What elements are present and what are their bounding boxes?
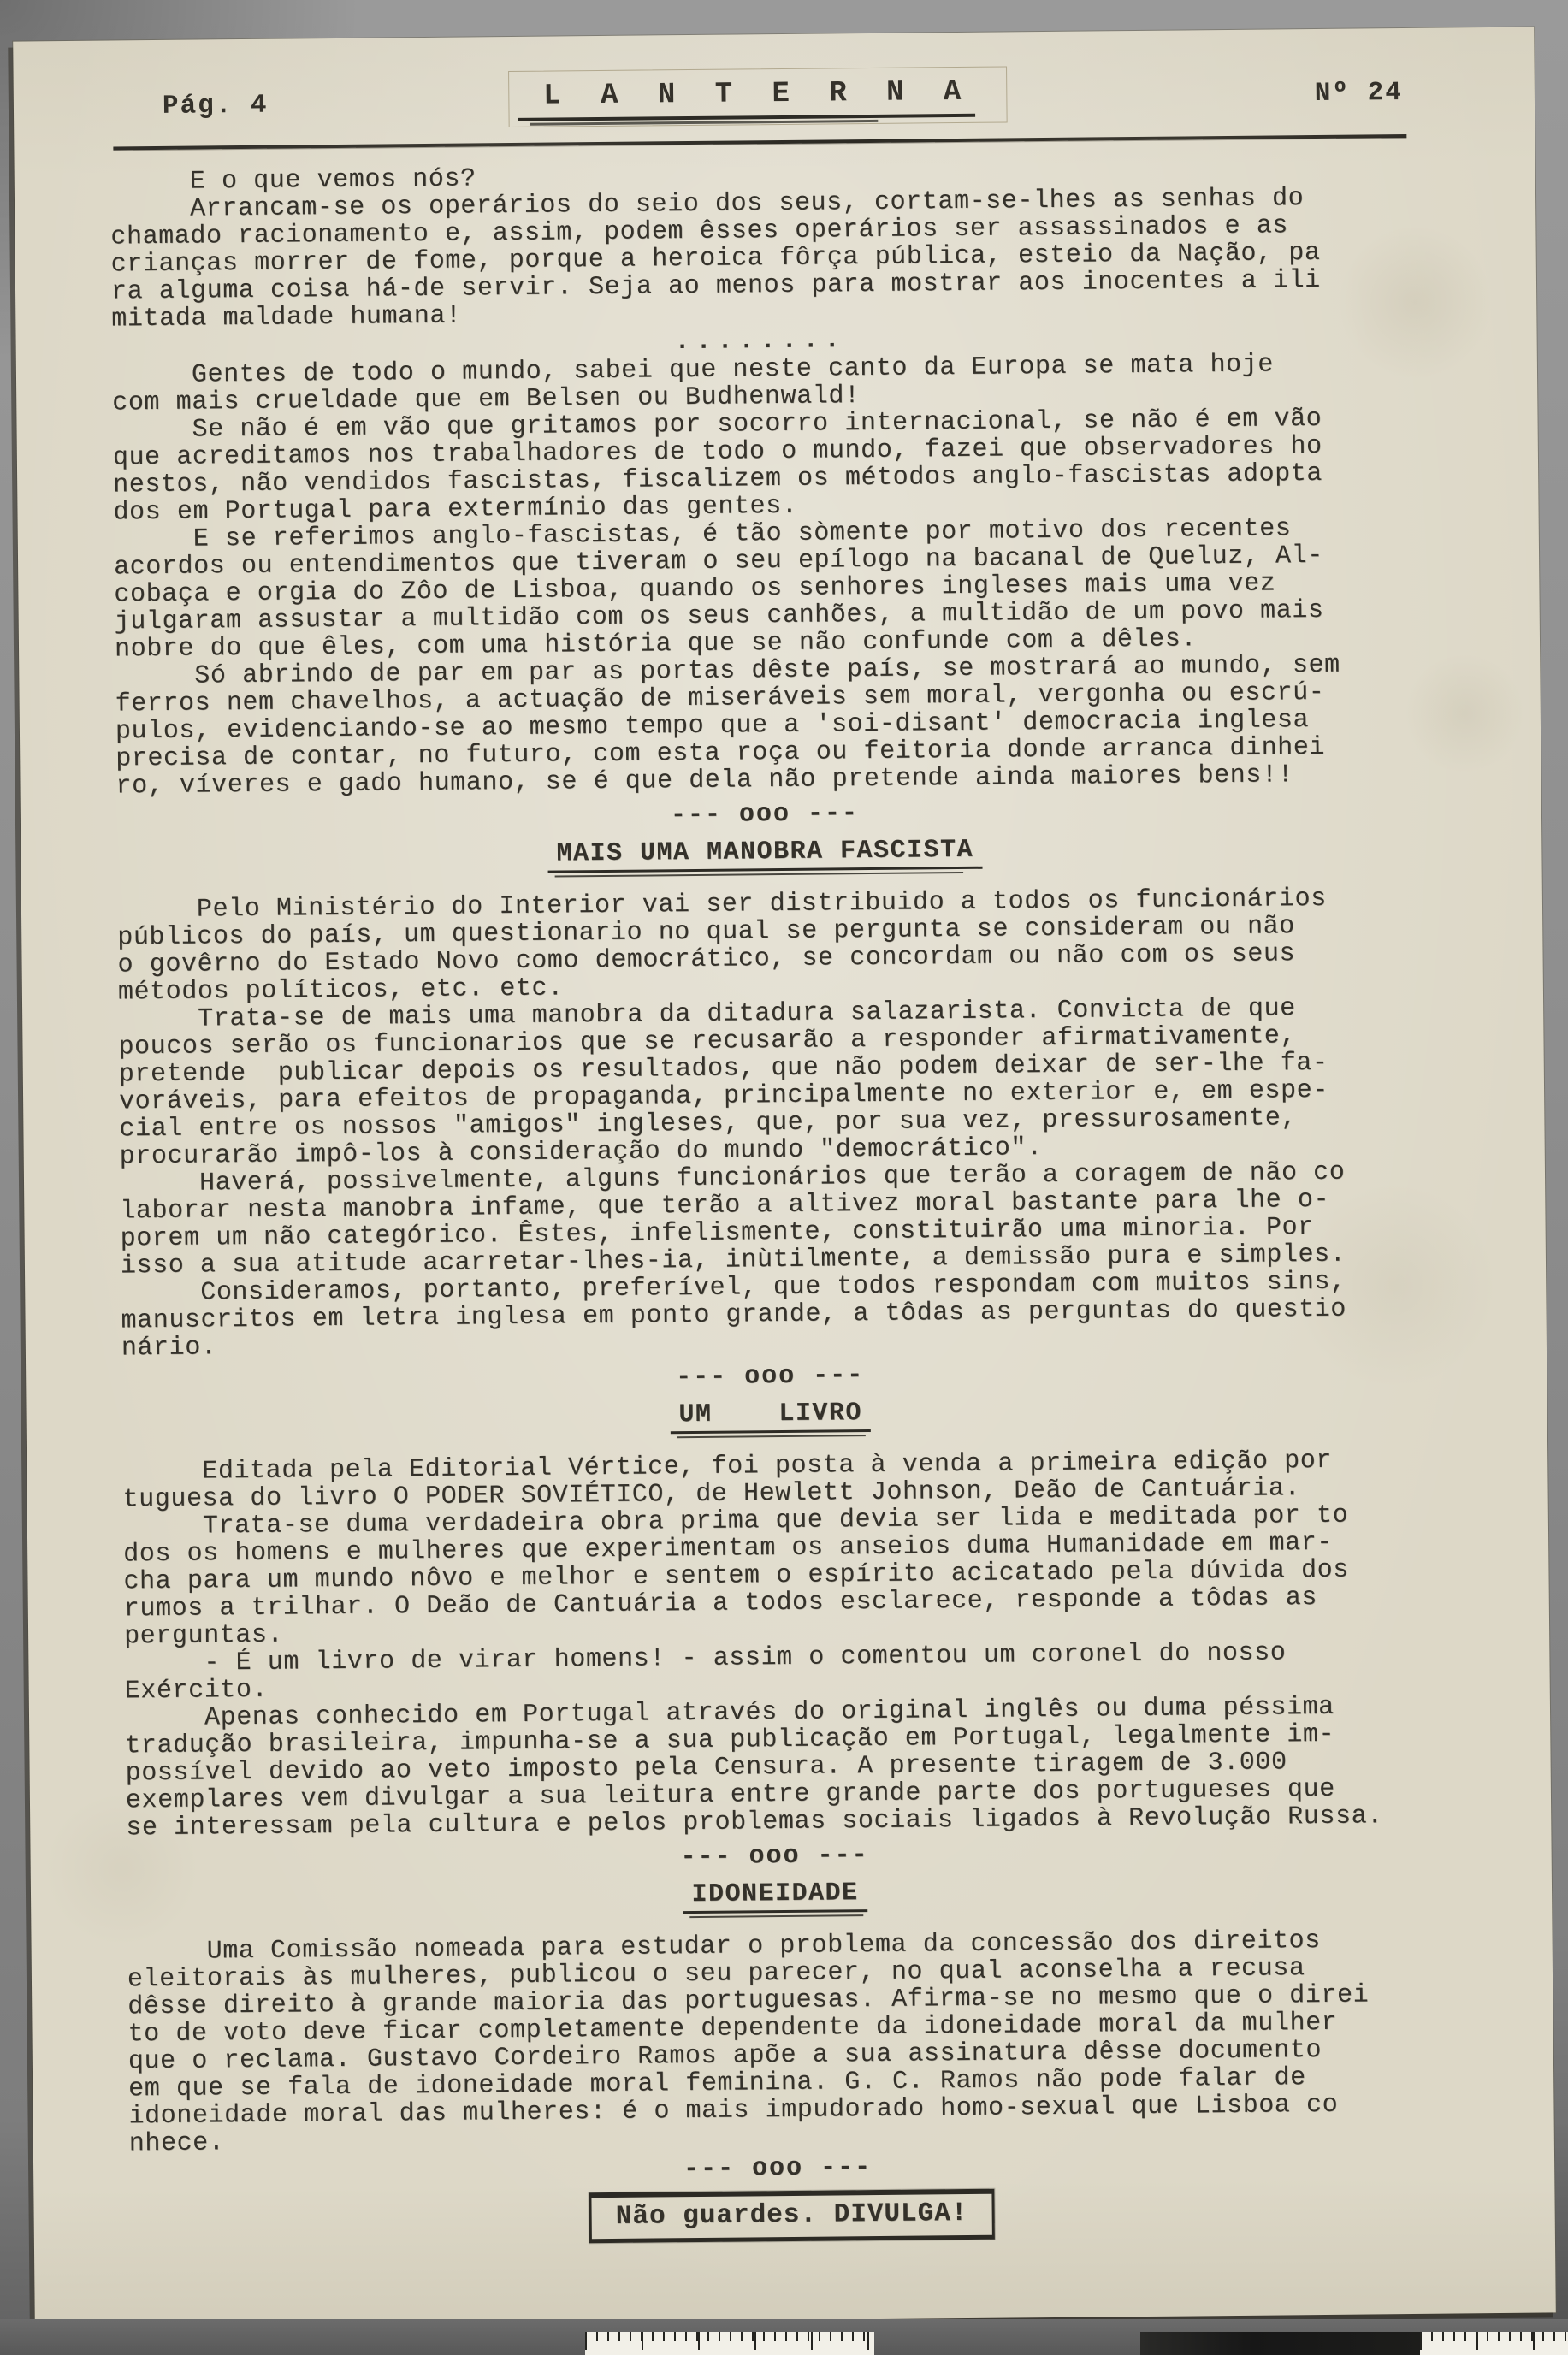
calibration-ruler-left	[585, 2332, 874, 2355]
section-separator: --- ooo ---	[121, 1357, 1418, 1397]
paragraph: Pelo Ministério do Interior vai ser dist…	[117, 885, 1415, 1007]
calibration-ruler-right	[1420, 2332, 1568, 2355]
scanned-paper-sheet: Pág. 4 L A N T E R N A Nº 24 E o que vem…	[13, 27, 1556, 2328]
issue-number-label: Nº 24	[1315, 78, 1403, 109]
paragraph: Trata-se duma verdadeira obra prima que …	[123, 1501, 1421, 1651]
paragraph: Trata-se de mais uma manobra da ditadura…	[118, 994, 1417, 1171]
header-rule	[113, 134, 1406, 151]
paragraph: Haverá, possivelmente, alguns funcionári…	[120, 1158, 1417, 1281]
paragraph: Consideramos, portanto, preferível, que …	[121, 1268, 1418, 1363]
article-body: E o que vemos nós? Arrancam-se os operár…	[110, 157, 1427, 2247]
page-number-label: Pág. 4	[163, 91, 269, 121]
paragraph: Se não é em vão que gritamos por socorro…	[112, 405, 1410, 527]
page-content: Pág. 4 L A N T E R N A Nº 24 E o que vem…	[13, 27, 1556, 2328]
paragraph: Arrancam-se os operários do seio dos seu…	[110, 184, 1408, 334]
paragraph: Só abrindo de par em par as portas dêste…	[115, 651, 1412, 801]
page-header: Pág. 4 L A N T E R N A Nº 24	[109, 69, 1407, 135]
section-separator: --- ooo ---	[127, 1837, 1423, 1877]
paragraph: E se referimos anglo-fascistas, é tão sò…	[114, 514, 1411, 664]
article-heading-manobra-fascista: MAIS UMA MANOBRA FASCISTA	[547, 837, 982, 878]
article-heading-idoneidade: IDONEIDADE	[683, 1879, 867, 1918]
calibration-black-patch	[1140, 2332, 1420, 2355]
article-heading-um-livro: UM LIVRO	[670, 1399, 871, 1438]
masthead-box: L A N T E R N A	[508, 66, 1008, 127]
masthead-title: L A N T E R N A	[543, 76, 972, 113]
section-separator: --- ooo ---	[116, 795, 1413, 835]
footer-banner: Não guardes. DIVULGA!	[589, 2189, 995, 2244]
paragraph: Uma Comissão nomeada para estudar o prob…	[127, 1926, 1426, 2158]
paragraph: Apenas conhecido em Portugal através do …	[125, 1693, 1423, 1843]
scanner-background-strip	[0, 2319, 1568, 2355]
